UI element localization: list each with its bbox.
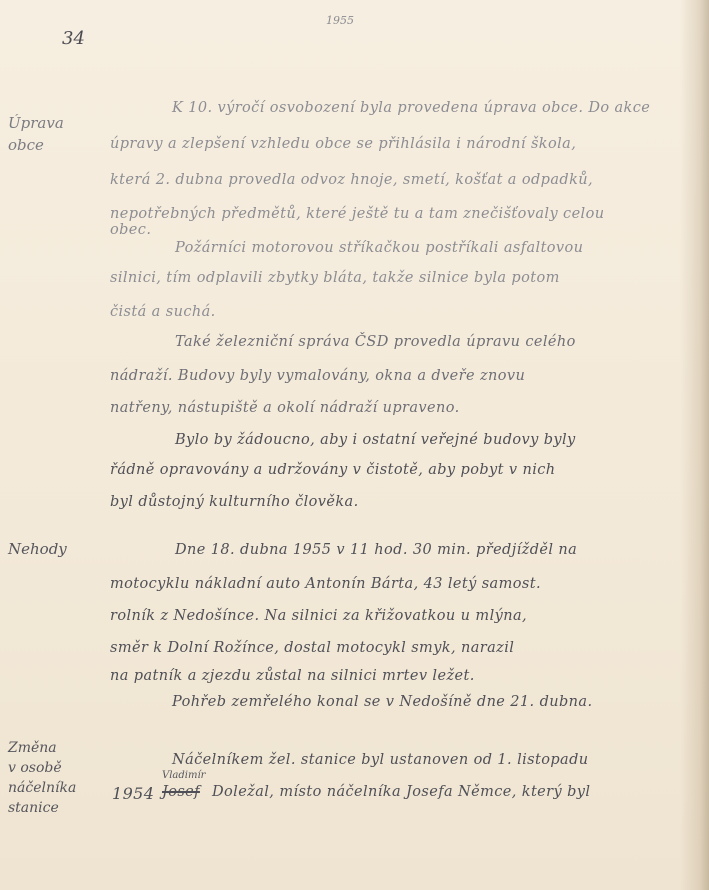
text-line: byl důstojný kulturního člověka. — [110, 494, 359, 510]
text-line: směr k Dolní Rožínce, dostal motocykl sm… — [110, 640, 514, 656]
text-line: Také železniční správa ČSD provedla úpra… — [175, 334, 576, 350]
text-line: nádraží. Budovy byly vymalovány, okna a … — [110, 368, 525, 384]
margin-title-nehody: Nehody — [8, 538, 88, 560]
text-line: Bylo by žádoucno, aby i ostatní veřejné … — [175, 432, 576, 448]
margin-title-line: Úprava — [8, 112, 88, 134]
year-header: 1955 — [326, 14, 354, 27]
text-line: řádně opravovány a udržovány v čistotě, … — [110, 462, 556, 478]
text-line: silnici, tím odplavili zbytky bláta, tak… — [110, 270, 560, 286]
text-line: čistá a suchá. — [110, 304, 216, 320]
margin-title-line: náčelníka — [8, 778, 88, 798]
text-line: obec. — [110, 222, 151, 238]
struck-word: Josef — [162, 784, 200, 800]
text-line: na patník a zjezdu zůstal na silnici mrt… — [110, 668, 475, 684]
margin-title-line: v osobě — [8, 758, 88, 778]
text-line: která 2. dubna provedla odvoz hnoje, sme… — [110, 172, 593, 188]
text-line: motocyklu nákladní auto Antonín Bárta, 4… — [110, 576, 541, 592]
text-line: Požárníci motorovou stříkačkou postříkal… — [175, 240, 583, 256]
text-line: Pohřeb zemřelého konal se v Nedošíně dne… — [172, 694, 592, 710]
chronicle-page: 34 1955 Úprava obce K 10. výročí osvoboz… — [0, 0, 709, 890]
margin-title-line: obce — [8, 134, 88, 156]
text-line: úpravy a zlepšení vzhledu obce se přihlá… — [110, 136, 576, 152]
margin-title-line: Nehody — [8, 538, 88, 560]
margin-title-zmena-nacelnika: Změna v osobě náčelníka stanice — [8, 738, 88, 818]
margin-year: 1954 — [112, 784, 154, 803]
text-line: rolník z Nedošínce. Na silnici za křižov… — [110, 608, 527, 624]
text-line: nepotřebných předmětů, které ještě tu a … — [110, 206, 604, 222]
text-line: natřeny, nástupiště a okolí nádraží upra… — [110, 400, 460, 416]
page-number: 34 — [62, 28, 85, 49]
text-line: Dne 18. dubna 1955 v 11 hod. 30 min. pře… — [175, 542, 577, 558]
inserted-correction: Vladimír — [162, 770, 205, 781]
margin-title-line: Změna — [8, 738, 88, 758]
text-line: Náčelníkem žel. stanice byl ustanoven od… — [172, 752, 589, 768]
text-line: Doležal, místo náčelníka Josefa Němce, k… — [212, 784, 590, 800]
text-line: K 10. výročí osvobození byla provedena ú… — [172, 100, 650, 116]
margin-title-uprava-obce: Úprava obce — [8, 112, 88, 156]
margin-title-line: stanice — [8, 798, 88, 818]
